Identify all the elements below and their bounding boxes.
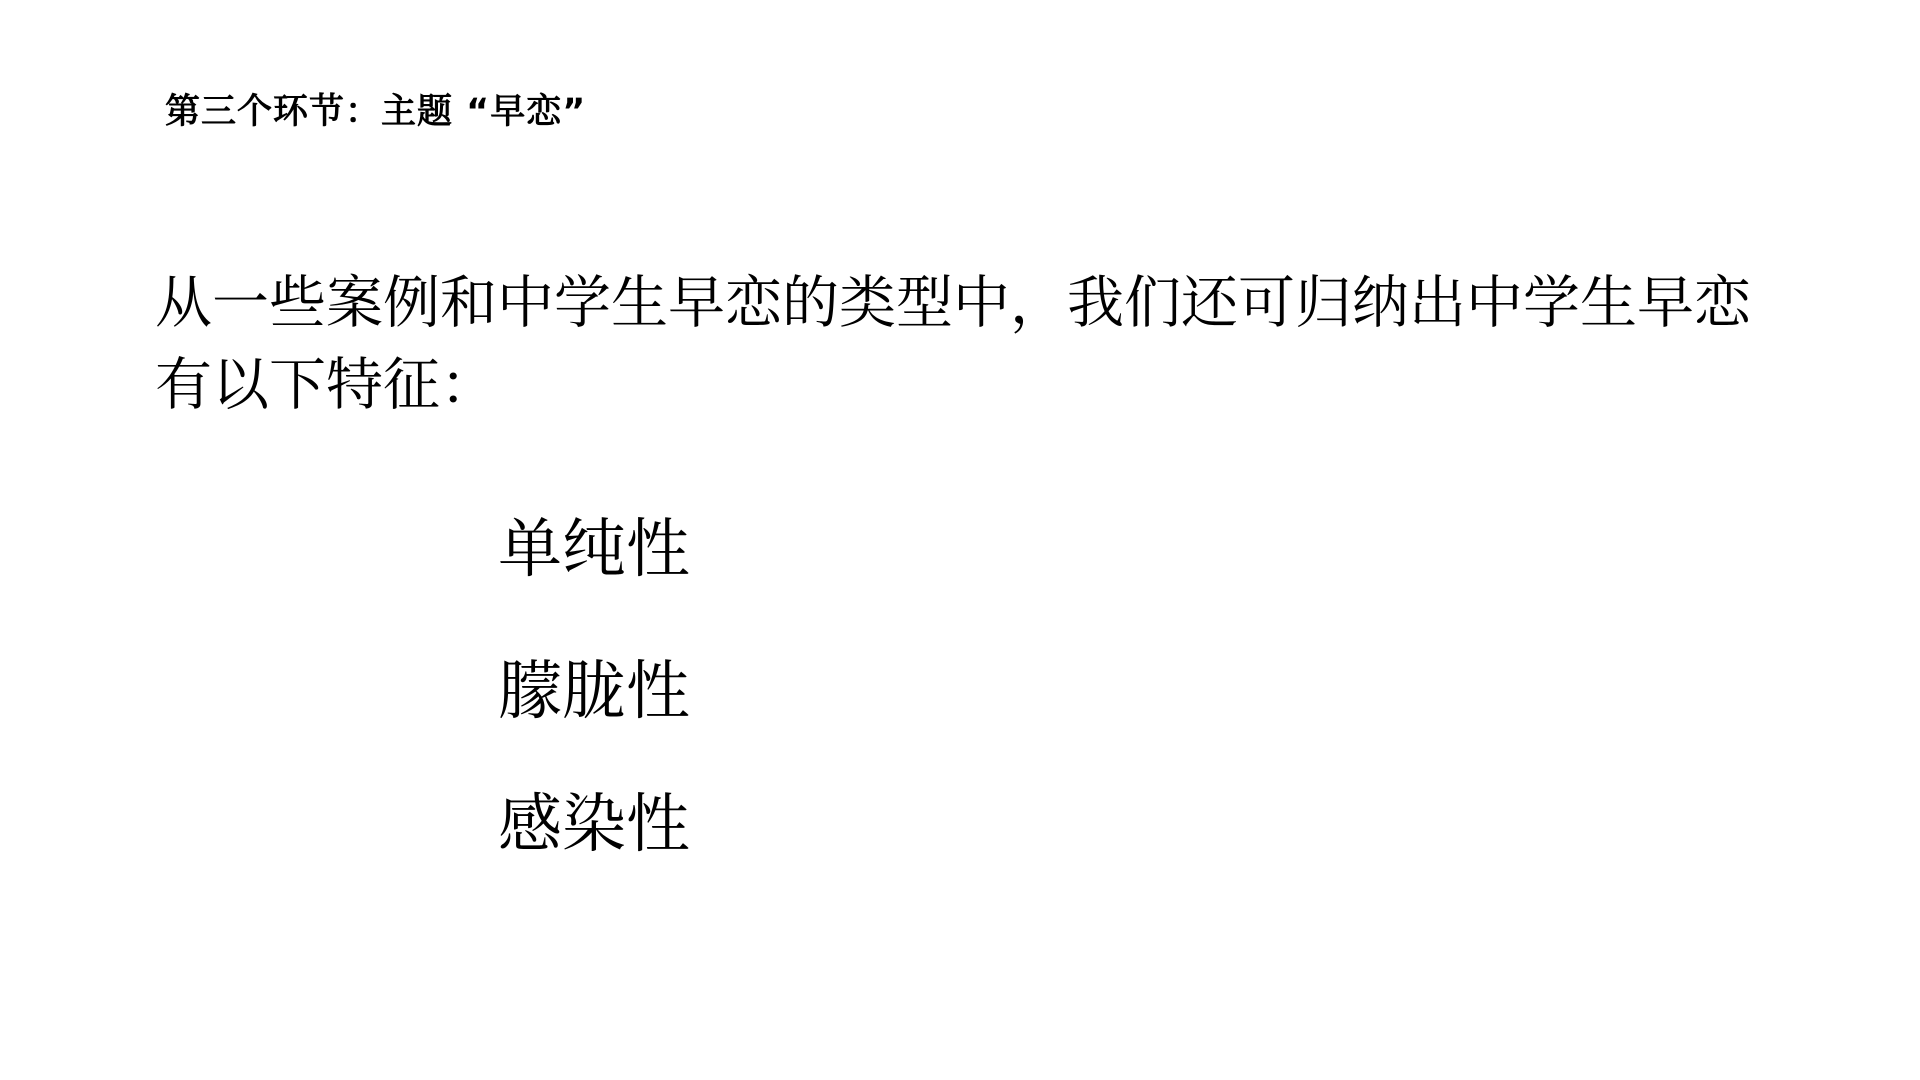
traits-list: 单纯性 朦胧性 感染性 xyxy=(498,515,690,860)
intro-line-1: 从一些案例和中学生早恋的类型中，我们还可归纳出中学生早恋 xyxy=(155,262,1755,344)
intro-line-2: 有以下特征： xyxy=(155,344,1755,426)
trait-item-vagueness: 朦胧性 xyxy=(498,657,690,727)
trait-item-simplicity: 单纯性 xyxy=(498,515,690,585)
trait-item-contagiousness: 感染性 xyxy=(498,790,690,860)
slide-title: 第三个环节：主题 “早恋” xyxy=(165,88,586,136)
intro-paragraph: 从一些案例和中学生早恋的类型中，我们还可归纳出中学生早恋 有以下特征： xyxy=(155,262,1755,426)
